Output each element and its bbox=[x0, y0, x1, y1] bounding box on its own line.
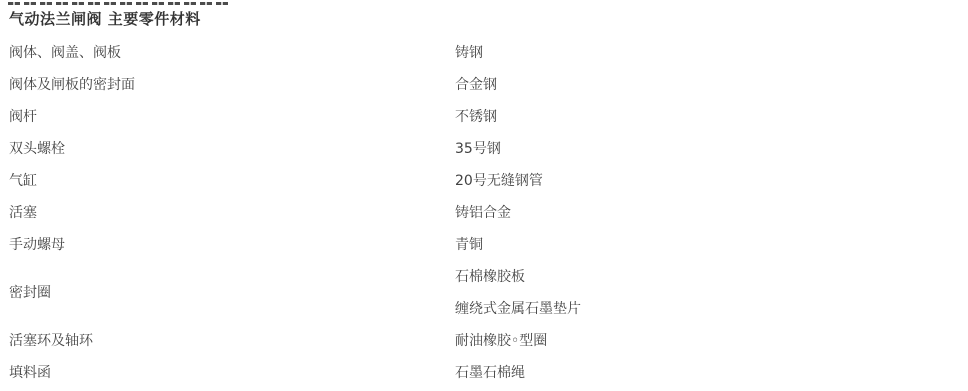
table-row: 活塞 铸铝合金 bbox=[0, 196, 968, 228]
table-row: 活塞环及轴环 耐油橡胶◦型圈 bbox=[0, 324, 968, 356]
material-cell: 铸钢 bbox=[446, 36, 968, 68]
table-row: 阀杆 不锈钢 bbox=[0, 100, 968, 132]
table-row: 密封圈 石棉橡胶板 bbox=[0, 260, 968, 292]
part-cell: 手动螺母 bbox=[0, 228, 446, 260]
material-cell: 铸铝合金 bbox=[446, 196, 968, 228]
clipped-text-remnant bbox=[8, 2, 232, 5]
table-row: 双头螺栓 35号钢 bbox=[0, 132, 968, 164]
part-cell: 活塞 bbox=[0, 196, 446, 228]
material-cell: 合金钢 bbox=[446, 68, 968, 100]
material-cell: 石墨石棉绳 bbox=[446, 356, 968, 388]
part-cell: 阀体、阀盖、阀板 bbox=[0, 36, 446, 68]
material-cell: 35号钢 bbox=[446, 132, 968, 164]
part-cell: 双头螺栓 bbox=[0, 132, 446, 164]
table-row: 气缸 20号无缝钢管 bbox=[0, 164, 968, 196]
part-cell: 阀体及闸板的密封面 bbox=[0, 68, 446, 100]
part-cell: 气缸 bbox=[0, 164, 446, 196]
material-cell: 不锈钢 bbox=[446, 100, 968, 132]
material-cell: 石棉橡胶板 bbox=[446, 260, 968, 292]
table-row: 阀体、阀盖、阀板 铸钢 bbox=[0, 36, 968, 68]
part-cell: 阀杆 bbox=[0, 100, 446, 132]
table-row: 阀体及闸板的密封面 合金钢 bbox=[0, 68, 968, 100]
material-cell: 20号无缝钢管 bbox=[446, 164, 968, 196]
material-cell: 青铜 bbox=[446, 228, 968, 260]
part-cell: 活塞环及轴环 bbox=[0, 324, 446, 356]
material-cell: 耐油橡胶◦型圈 bbox=[446, 324, 968, 356]
part-cell: 填料函 bbox=[0, 356, 446, 388]
table-row: 填料函 石墨石棉绳 bbox=[0, 356, 968, 388]
part-cell: 密封圈 bbox=[0, 260, 446, 324]
table-row: 手动螺母 青铜 bbox=[0, 228, 968, 260]
materials-table: 阀体、阀盖、阀板 铸钢 阀体及闸板的密封面 合金钢 阀杆 不锈钢 双头螺栓 35… bbox=[0, 36, 968, 388]
material-cell: 缠绕式金属石墨垫片 bbox=[446, 292, 968, 324]
